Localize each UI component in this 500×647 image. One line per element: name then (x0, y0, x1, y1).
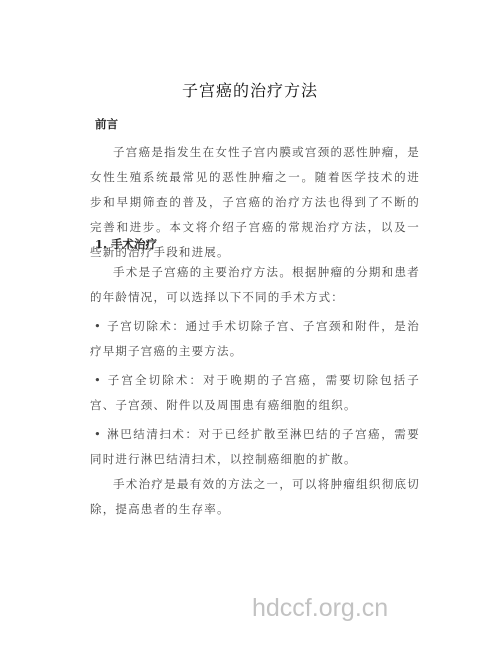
document-title: 子宫癌的治疗方法 (0, 78, 500, 101)
closing-paragraph: 手术治疗是最有效的方法之一，可以将肿瘤组织彻底切除，提高患者的生存率。 (90, 472, 420, 522)
surgery-paragraph: 手术是子宫癌的主要治疗方法。根据肿瘤的分期和患者的年龄情况，可以选择以下不同的手… (90, 260, 420, 310)
watermark: hdccf.org.cn (252, 594, 388, 623)
section-heading-surgery: 1. 手术治疗 (95, 236, 157, 252)
bullet-item: • 子宫全切除术：对于晚期的子宫癌，需要切除包括子宫、子宫颈、附件以及周围患有癌… (90, 368, 420, 418)
intro-heading: 前言 (95, 116, 118, 132)
bullet-item: • 淋巴结清扫术：对于已经扩散至淋巴结的子宫癌，需要同时进行淋巴结清扫术，以控制… (90, 422, 420, 472)
bullet-item: • 子宫切除术：通过手术切除子宫、子宫颈和附件，是治疗早期子宫癌的主要方法。 (90, 314, 420, 364)
